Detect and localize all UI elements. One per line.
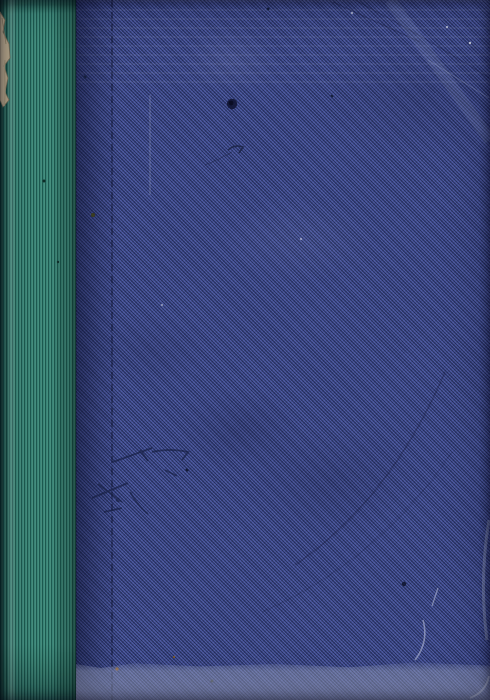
book-cover-photo xyxy=(0,0,490,700)
edge-vignette xyxy=(0,0,490,700)
